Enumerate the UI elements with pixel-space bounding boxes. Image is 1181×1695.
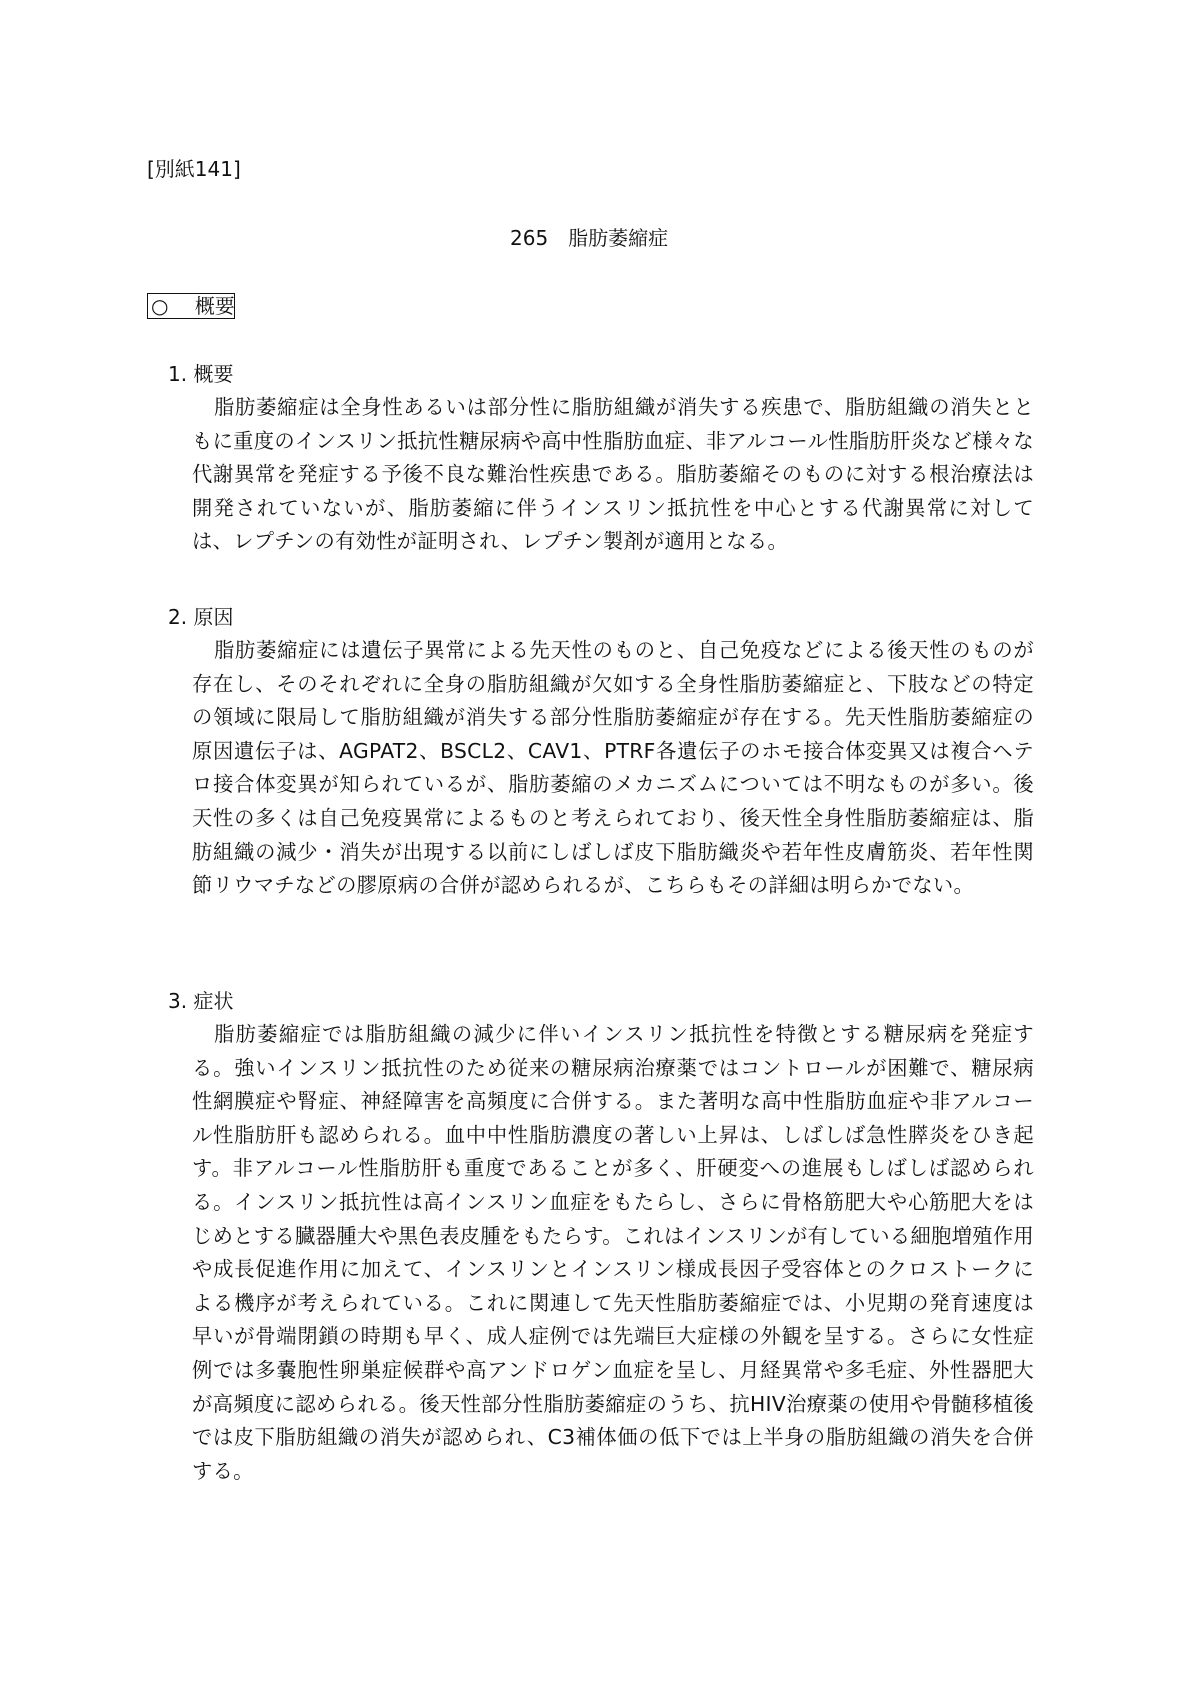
- summary-heading-label: 概要: [195, 294, 235, 318]
- section-body: 脂肪萎縮症は全身性あるいは部分性に脂肪組織が消失する疾患で、脂肪組織の消失ととも…: [192, 391, 1034, 559]
- document-title: 265 脂肪萎縮症: [510, 222, 668, 251]
- section-body: 脂肪萎縮症には遺伝子異常による先天性のものと、自己免疫などによる後天性のものが存…: [192, 634, 1034, 903]
- section-heading: 2. 原因: [168, 601, 1038, 634]
- summary-heading-box: ○ 概要: [147, 293, 235, 319]
- section-overview: 1. 概要 脂肪萎縮症は全身性あるいは部分性に脂肪組織が消失する疾患で、脂肪組織…: [168, 358, 1038, 559]
- annex-label: [別紙141]: [147, 153, 241, 182]
- section-cause: 2. 原因 脂肪萎縮症には遺伝子異常による先天性のものと、自己免疫などによる後天…: [168, 601, 1038, 903]
- section-body: 脂肪萎縮症では脂肪組織の減少に伴いインスリン抵抗性を特徴とする糖尿病を発症する。…: [192, 1018, 1034, 1488]
- section-heading: 1. 概要: [168, 358, 1038, 391]
- circle-marker-icon: ○: [151, 294, 168, 318]
- section-symptoms: 3. 症状 脂肪萎縮症では脂肪組織の減少に伴いインスリン抵抗性を特徴とする糖尿病…: [168, 985, 1038, 1488]
- document-page: [別紙141] 265 脂肪萎縮症 ○ 概要 1. 概要 脂肪萎縮症は全身性ある…: [0, 0, 1181, 1695]
- section-heading: 3. 症状: [168, 985, 1038, 1018]
